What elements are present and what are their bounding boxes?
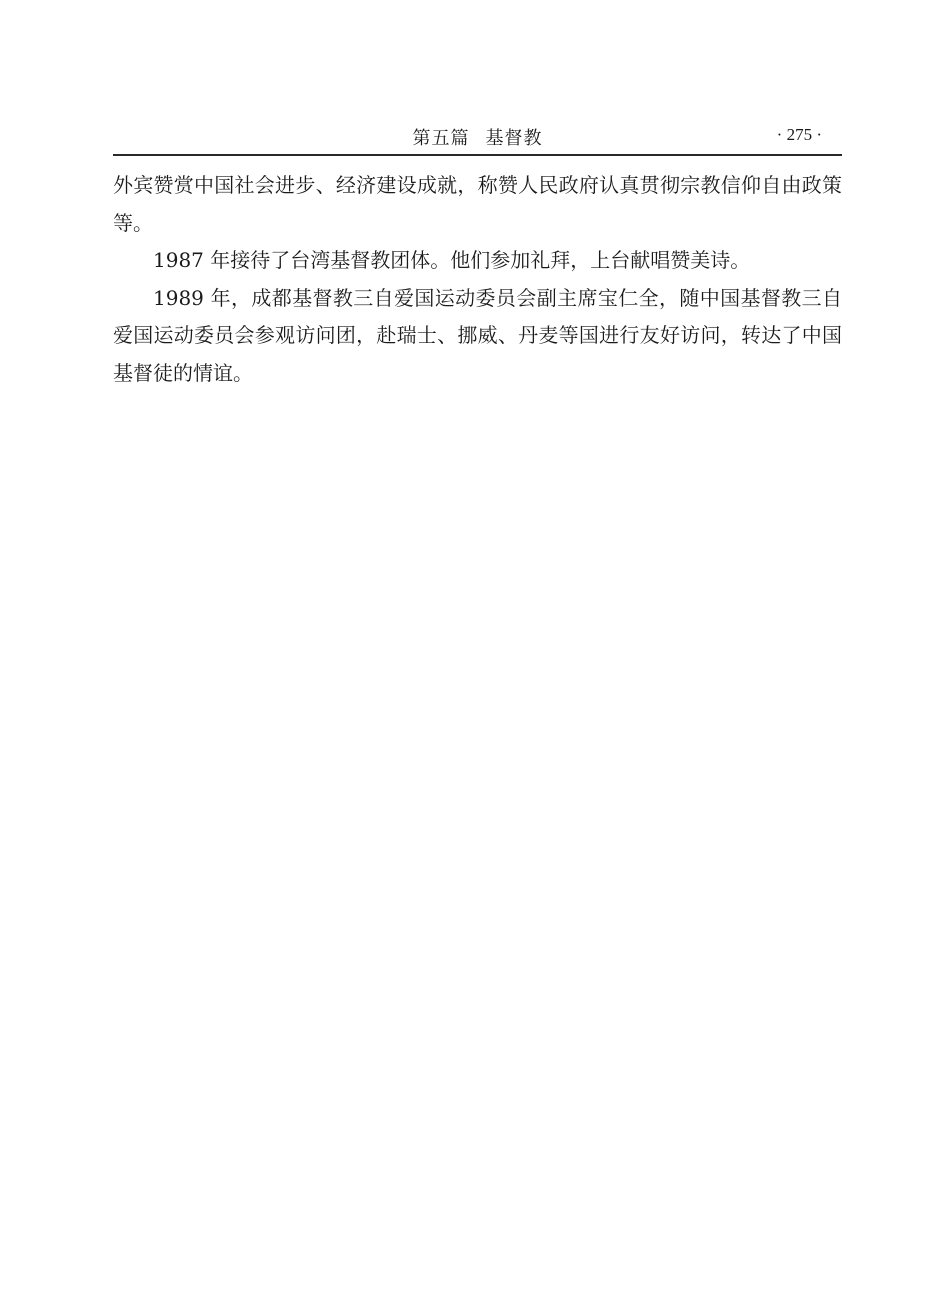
section-title: 基督教 (486, 128, 543, 149)
body-text: 外宾赞赏中国社会进步、经济建设成就，称赞人民政府认真贯彻宗教信仰自由政策等。 1… (113, 167, 842, 392)
running-title: 第五篇基督教 (113, 124, 842, 150)
paragraph-1989: 1989 年，成都基督教三自爱国运动委员会副主席宝仁全，随中国基督教三自爱国运动… (113, 280, 842, 393)
page-header: 第五篇基督教 · 275 · (113, 120, 842, 156)
page-number: · 275 · (777, 125, 822, 145)
part-title: 第五篇 (413, 128, 470, 149)
paragraph-1987: 1987 年接待了台湾基督教团体。他们参加礼拜，上台献唱赞美诗。 (113, 242, 842, 280)
paragraph-continuation: 外宾赞赏中国社会进步、经济建设成就，称赞人民政府认真贯彻宗教信仰自由政策等。 (113, 167, 842, 242)
